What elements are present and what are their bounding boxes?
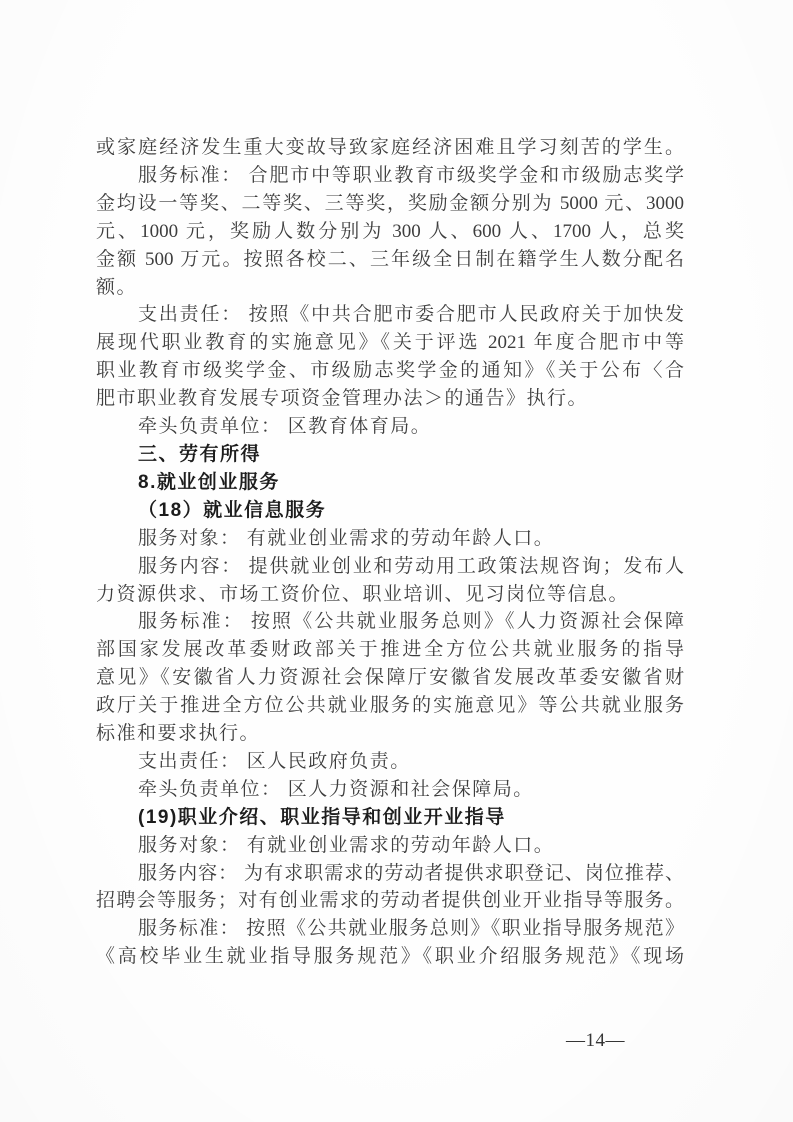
text-line: 额。 [96,274,684,302]
text-line: 展现代职业教育的实施意见》《关于评选 2021 年度合肥市中等 [96,329,684,357]
text-line: 服务标准： 按照《公共就业服务总则》《人力资源社会保障 [96,608,684,636]
text-line: 支出责任： 按照《中共合肥市委合肥市人民政府关于加快发 [96,301,684,329]
text-line: 肥市职业教育发展专项资金管理办法＞的通告》执行。 [96,385,684,413]
heading-line: (19)职业介绍、职业指导和创业开业指导 [96,804,684,832]
text-line: 职业教育市级奖学金、市级励志奖学金的通知》《关于公布〈合 [96,357,684,385]
heading-line: 8.就业创业服务 [96,469,684,497]
text-line: 力资源供求、市场工资价位、职业培训、见习岗位等信息。 [96,581,684,609]
text-line: 或家庭经济发生重大变故导致家庭经济困难且学习刻苦的学生。 [96,134,684,162]
text-line: 政厅关于推进全方位公共就业服务的实施意见》等公共就业服务 [96,692,684,720]
text-line: 金均设一等奖、二等奖、三等奖，奖励金额分别为 5000 元、3000 [96,190,684,218]
text-line: 意见》《安徽省人力资源社会保障厅安徽省发展改革委安徽省财 [96,664,684,692]
text-line: 金额 500 万元。按照各校二、三年级全日制在籍学生人数分配名 [96,246,684,274]
text-line: 标准和要求执行。 [96,720,684,748]
text-line: 服务内容： 提供就业创业和劳动用工政策法规咨询；发布人 [96,553,684,581]
text-line: 服务标准： 合肥市中等职业教育市级奖学金和市级励志奖学 [96,162,684,190]
text-line: 《高校毕业生就业指导服务规范》《职业介绍服务规范》《现场 [96,943,684,971]
text-line: 牵头负责单位： 区教育体育局。 [96,413,684,441]
text-line: 服务标准： 按照《公共就业服务总则》《职业指导服务规范》 [96,915,684,943]
document-page: 或家庭经济发生重大变故导致家庭经济困难且学习刻苦的学生。服务标准： 合肥市中等职… [0,0,793,1122]
document-body: 或家庭经济发生重大变故导致家庭经济困难且学习刻苦的学生。服务标准： 合肥市中等职… [96,134,684,971]
heading-line: （18）就业信息服务 [96,497,684,525]
text-line: 支出责任： 区人民政府负责。 [96,748,684,776]
text-line: 服务内容： 为有求职需求的劳动者提供求职登记、岗位推荐、 [96,860,684,888]
page-number: —14— [566,1030,625,1052]
text-line: 服务对象： 有就业创业需求的劳动年龄人口。 [96,525,684,553]
text-line: 元、1000 元，奖励人数分别为 300 人、600 人、1700 人，总奖 [96,218,684,246]
text-line: 部国家发展改革委财政部关于推进全方位公共就业服务的指导 [96,636,684,664]
text-line: 牵头负责单位： 区人力资源和社会保障局。 [96,776,684,804]
text-line: 服务对象： 有就业创业需求的劳动年龄人口。 [96,832,684,860]
heading-line: 三、劳有所得 [96,441,684,469]
text-line: 招聘会等服务；对有创业需求的劳动者提供创业开业指导等服务。 [96,887,684,915]
